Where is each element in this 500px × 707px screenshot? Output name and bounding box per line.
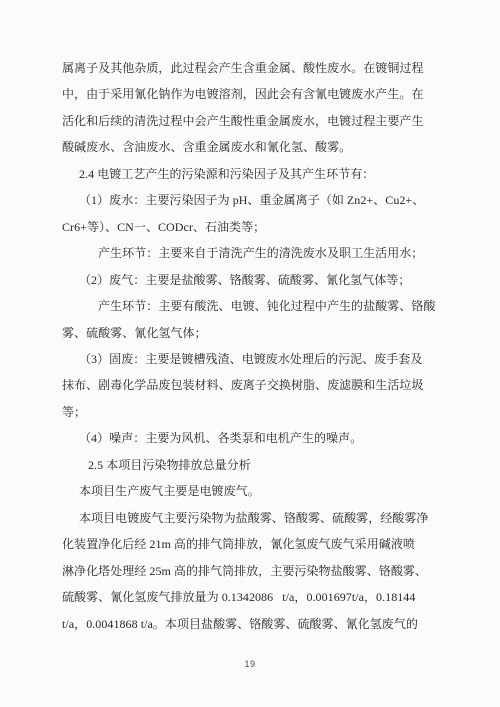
text-line: （4）噪声：主要为风机、各类泵和电机产生的噪声。 bbox=[62, 425, 430, 451]
text-line: 化装置净化后经 21m 高的排气筒排放，氰化氢废气废气采用碱液喷 bbox=[62, 531, 430, 557]
text-line: 产生环节：主要来自于清洗产生的清洗废水及职工生活用水； bbox=[62, 240, 430, 266]
section-heading-2-5: 2.5 本项目污染物排放总量分析 bbox=[62, 452, 430, 478]
text-line: （2）废气：主要是盐酸雾、铬酸雾、硫酸雾、氰化氢气体等； bbox=[62, 267, 430, 293]
text-line: 活化和后续的清洗过程中会产生酸性重金属废水，电镀过程主要产生 bbox=[62, 108, 430, 134]
text-line: 产生环节：主要有酸洗、电镀、钝化过程中产生的盐酸雾、铬酸 bbox=[62, 293, 430, 319]
page-number: 19 bbox=[0, 659, 500, 669]
document-page: 属离子及其他杂质，此过程会产生含重金属、酸性废水。在镀铜过程 中，由于采用氰化钠… bbox=[0, 0, 500, 707]
text-line: 雾、硫酸雾、氰化氢气体； bbox=[62, 320, 430, 346]
text-line: 酸碱废水、含油废水、含重金属废水和氰化氢、酸雾。 bbox=[62, 134, 430, 160]
text-line: Cr6+等）、CN一、CODcr、石油类等； bbox=[62, 214, 430, 240]
text-line: t/a，0.0041868 t/a。本项目盐酸雾、铬酸雾、硫酸雾、氰化氢废气的 bbox=[62, 611, 430, 637]
text-line: 硫酸雾、氰化氢废气排放量为 0.1342086 t/a，0.001697t/a，… bbox=[62, 584, 430, 610]
text-line: 属离子及其他杂质，此过程会产生含重金属、酸性废水。在镀铜过程 bbox=[62, 55, 430, 81]
text-line: 本项目电镀废气主要污染物为盐酸雾、铬酸雾、硫酸雾，经酸雾净 bbox=[62, 505, 430, 531]
text-line: （3）固废：主要是镀槽残渣、电镀废水处理后的污泥、废手套及 bbox=[62, 346, 430, 372]
text-line: 抹布、剧毒化学品废包装材料、废离子交换树脂、废滤膜和生活垃圾 bbox=[62, 372, 430, 398]
section-heading-2-4: 2.4 电镀工艺产生的污染源和污染因子及其产生环节有： bbox=[62, 161, 430, 187]
document-body: 属离子及其他杂质，此过程会产生含重金属、酸性废水。在镀铜过程 中，由于采用氰化钠… bbox=[62, 55, 430, 637]
text-line: 中，由于采用氰化钠作为电镀溶剂，因此会有含氰电镀废水产生。在 bbox=[62, 81, 430, 107]
text-line: 本项目生产废气主要是电镀废气。 bbox=[62, 478, 430, 504]
text-line: 淋净化塔处理经 25m 高的排气筒排放，主要污染物盐酸雾、铬酸雾、 bbox=[62, 558, 430, 584]
text-line: （1）废水：主要污染因子为 pH、重金属离子（如 Zn2+、Cu2+、 bbox=[62, 187, 430, 213]
text-line: 等； bbox=[62, 399, 430, 425]
